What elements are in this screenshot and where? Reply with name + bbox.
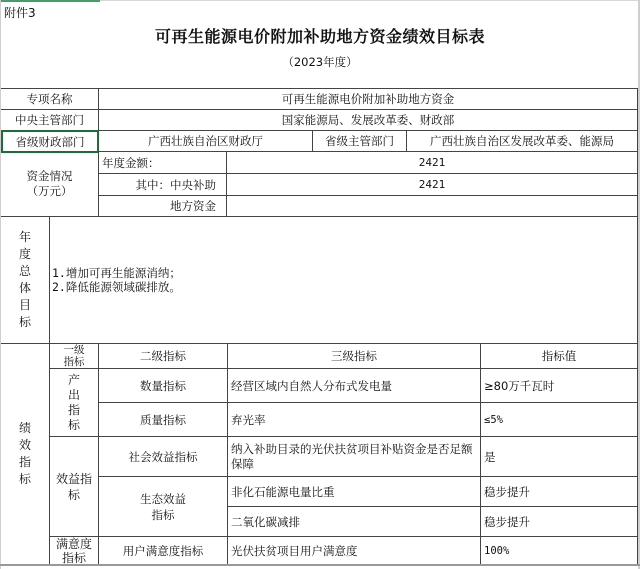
level2-ecological-line1: 生态效益 xyxy=(140,491,186,507)
project-name-value[interactable]: 可再生能源电价附加补助地方资金 xyxy=(99,89,638,110)
attachment-label: 附件3 xyxy=(4,4,36,21)
level2-quality: 质量指标 xyxy=(99,403,228,437)
value-curtailment-rate[interactable]: ≤5% xyxy=(481,403,638,437)
level2-ecological-benefit: 生态效益 指标 xyxy=(99,477,228,537)
central-dept-label: 中央主管部门 xyxy=(1,110,99,131)
level2-user-satisfaction: 用户满意度指标 xyxy=(99,537,228,565)
level2-social-benefit: 社会效益指标 xyxy=(99,437,228,477)
perf-label-char: 指 xyxy=(19,454,31,471)
level1-output-char: 产 xyxy=(68,373,80,388)
value-subsidy-guarantee[interactable]: 是 xyxy=(481,437,638,477)
level1-benefit-line2: 标 xyxy=(68,487,80,503)
goals-label-char: 标 xyxy=(19,314,31,331)
sheet-bottom-border xyxy=(0,564,640,566)
value-distributed-generation[interactable]: ≥80万千瓦时 xyxy=(481,369,638,403)
page-title: 可再生能源电价附加补助地方资金绩效目标表 xyxy=(0,24,640,47)
header-value: 指标值 xyxy=(481,344,638,369)
prov-finance-label-selected-cell[interactable]: 省级财政部门 xyxy=(1,130,99,153)
local-funds-label: 地方资金 xyxy=(99,196,227,217)
project-name-label: 专项名称 xyxy=(1,89,99,110)
value-co2-reduction[interactable]: 稳步提升 xyxy=(481,507,638,537)
central-subsidy-label: 其中：中央补助 xyxy=(99,174,227,196)
level1-output-char: 指 xyxy=(68,403,80,418)
header-level1: 一级 指标 xyxy=(50,344,99,369)
perf-label-char: 效 xyxy=(19,437,31,454)
indicator-non-fossil-share[interactable]: 非化石能源电量比重 xyxy=(228,477,481,507)
funds-label-line1: 资金情况 xyxy=(27,169,73,184)
level2-ecological-line2: 指标 xyxy=(152,507,175,523)
performance-label: 绩 效 指 标 xyxy=(1,344,50,565)
central-subsidy-value[interactable]: 2421 xyxy=(227,174,638,196)
goals-label-char: 体 xyxy=(19,280,31,297)
annual-goals-label: 年 度 总 体 目 标 xyxy=(1,217,50,344)
goal-line-2: 2.降低能源领域碳排放。 xyxy=(52,280,181,294)
goals-label-char: 总 xyxy=(19,263,31,280)
goal-line-1: 1.增加可再生能源消纳； xyxy=(52,266,181,280)
level1-satisfaction: 满意度 指标 xyxy=(50,537,99,565)
level1-output-char: 标 xyxy=(68,418,80,433)
prov-finance-value[interactable]: 广西壮族自治区财政厅 xyxy=(99,131,313,152)
funds-label: 资金情况 （万元） xyxy=(1,152,99,217)
level1-satisfaction-line2: 指标 xyxy=(62,551,86,565)
header-level1-line1: 一级 xyxy=(64,344,85,356)
level1-satisfaction-line1: 满意度 xyxy=(56,537,92,551)
value-non-fossil-share[interactable]: 稳步提升 xyxy=(481,477,638,507)
goals-label-char: 度 xyxy=(19,246,31,263)
funds-label-line2: （万元） xyxy=(27,184,73,199)
local-funds-value[interactable] xyxy=(227,196,638,217)
goals-label-char: 年 xyxy=(19,229,31,246)
perf-label-char: 标 xyxy=(19,471,31,488)
level1-output: 产 出 指 标 xyxy=(50,369,99,437)
prov-dept-label: 省级主管部门 xyxy=(313,131,407,152)
indicator-curtailment-rate[interactable]: 弃光率 xyxy=(228,403,481,437)
indicator-user-satisfaction[interactable]: 光伏扶贫项目用户满意度 xyxy=(228,537,481,565)
header-level1-line2: 指标 xyxy=(64,356,85,368)
indicator-subsidy-guarantee[interactable]: 纳入补助目录的光伏扶贫项目补贴资金是否足额保障 xyxy=(228,437,481,477)
value-user-satisfaction[interactable]: 100% xyxy=(481,537,638,565)
indicator-distributed-generation[interactable]: 经营区域内自然人分布式发电量 xyxy=(228,369,481,403)
indicator-co2-reduction[interactable]: 二氧化碳减排 xyxy=(228,507,481,537)
page-subtitle: （2023年度） xyxy=(0,54,640,70)
level1-output-char: 出 xyxy=(68,388,80,403)
level1-benefit-line1: 效益指 xyxy=(56,471,92,487)
goals-label-char: 目 xyxy=(19,297,31,314)
annual-amount-label: 年度金额： xyxy=(99,152,227,174)
header-level2: 二级指标 xyxy=(99,344,228,369)
prov-dept-value[interactable]: 广西壮族自治区发展改革委、能源局 xyxy=(407,131,638,152)
level1-benefit: 效益指 标 xyxy=(50,437,99,537)
perf-label-char: 绩 xyxy=(19,420,31,437)
header-level3: 三级指标 xyxy=(228,344,481,369)
annual-goals-text[interactable]: 1.增加可再生能源消纳； 2.降低能源领域碳排放。 xyxy=(50,217,638,344)
annual-amount-value[interactable]: 2421 xyxy=(227,152,638,174)
level2-quantity: 数量指标 xyxy=(99,369,228,403)
central-dept-value[interactable]: 国家能源局、发展改革委、财政部 xyxy=(99,110,638,131)
sheet-top-border xyxy=(100,0,640,1)
selected-column-indicator xyxy=(0,0,100,2)
